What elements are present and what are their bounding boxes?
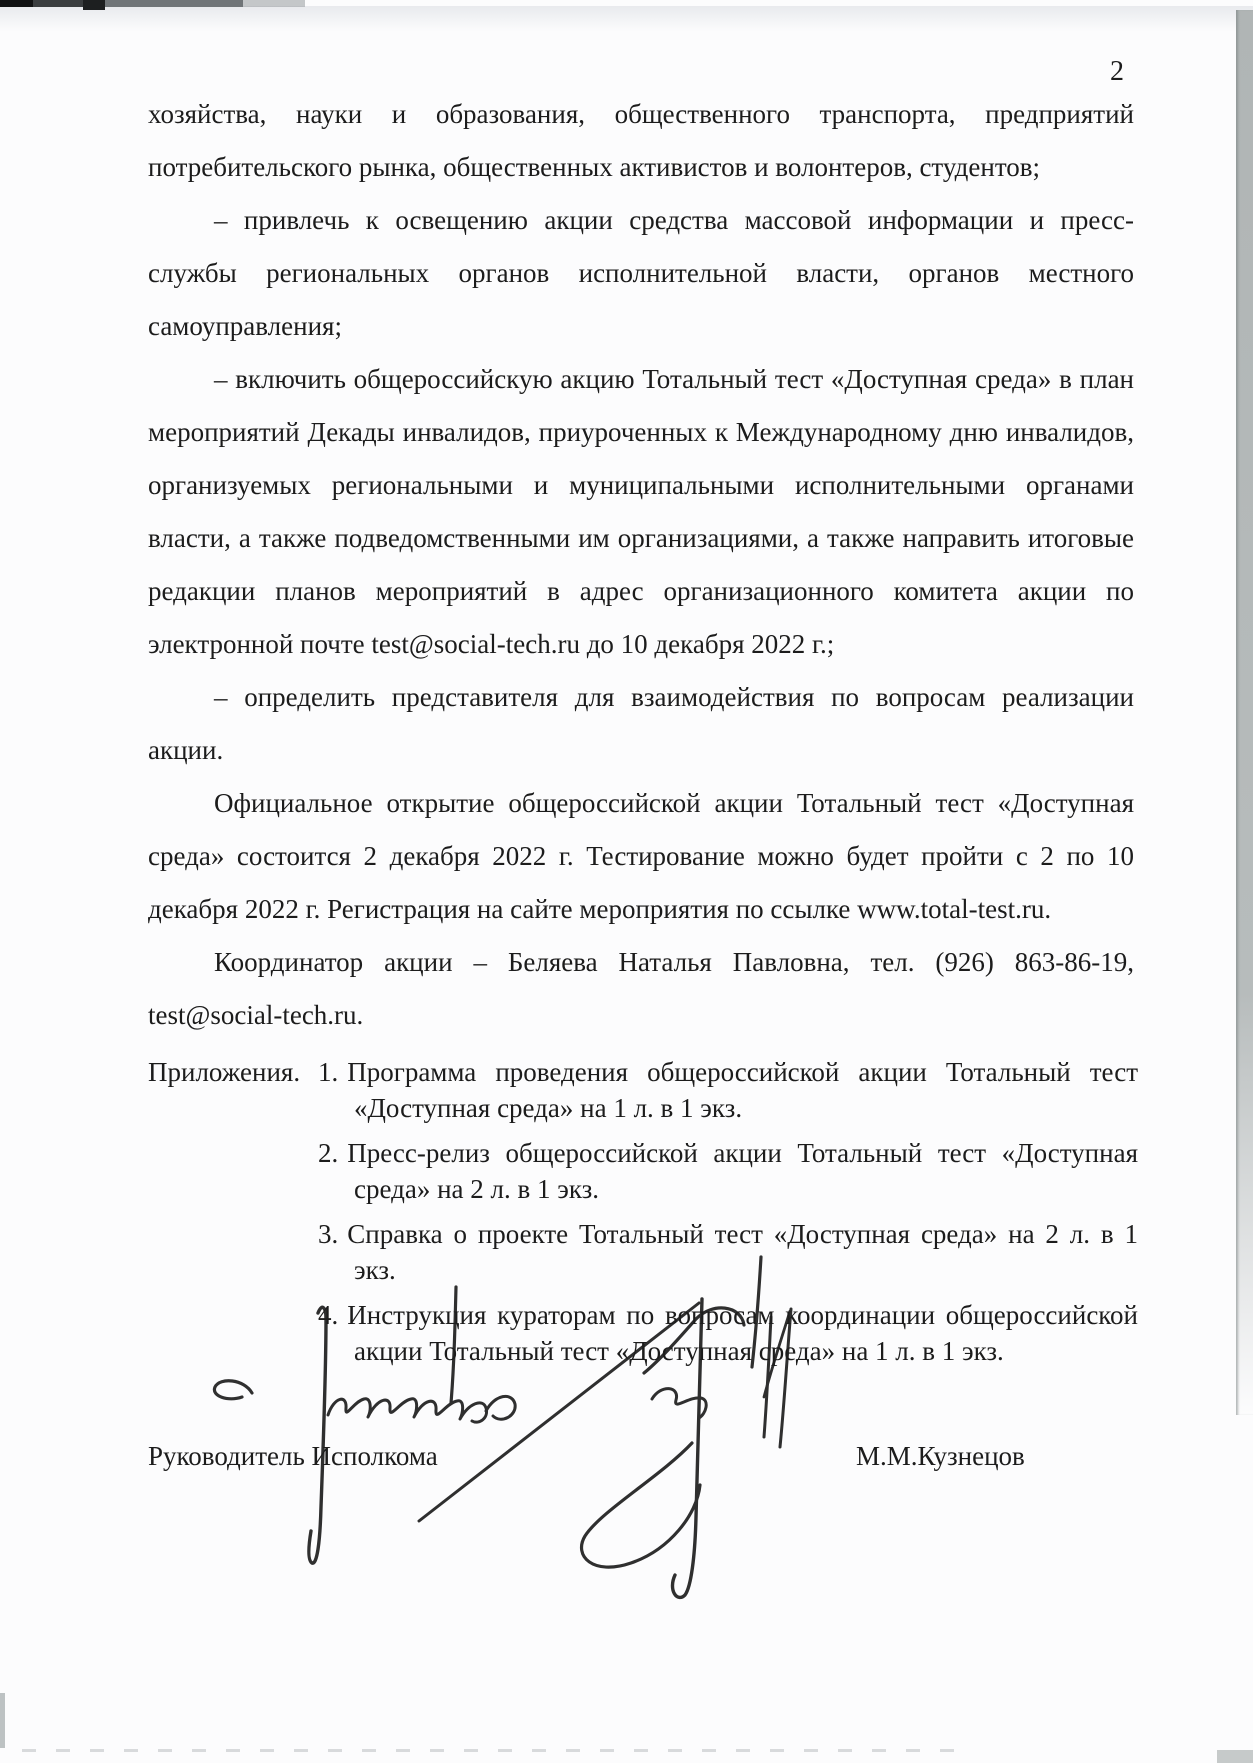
scan-artifact-top-left-tab bbox=[83, 0, 105, 10]
scan-artifact-top-wash bbox=[0, 6, 1253, 32]
paragraph: Официальное открытие общероссийской акци… bbox=[148, 777, 1134, 936]
document-body: хозяйства, науки и образования, обществе… bbox=[148, 88, 1134, 1042]
signature-left-scribble bbox=[214, 1287, 699, 1563]
attachment-item: 1.Программа проведения общероссийской ак… bbox=[318, 1054, 1138, 1126]
scan-artifact-left-edge-line bbox=[0, 1693, 5, 1748]
scan-artifact-top-left-bar bbox=[0, 0, 320, 7]
signer-name: М.М.Кузнецов bbox=[856, 1441, 1025, 1472]
scanned-document-page: 2 хозяйства, науки и образования, общест… bbox=[0, 0, 1253, 1763]
scan-artifact-right-edge-band bbox=[1236, 10, 1253, 1415]
paragraph: – привлечь к освещению акции средства ма… bbox=[148, 194, 1134, 353]
attachment-text: Программа проведения общероссийской акци… bbox=[347, 1057, 1138, 1123]
signer-title: Руководитель Исполкома bbox=[148, 1441, 438, 1472]
attachment-number: 1. bbox=[318, 1057, 338, 1087]
attachment-item: 2.Пресс-релиз общероссийской акции Тотал… bbox=[318, 1135, 1138, 1207]
paragraph: – определить представителя для взаимодей… bbox=[148, 671, 1134, 777]
attachments-label: Приложения. bbox=[148, 1054, 318, 1090]
document-content: хозяйства, науки и образования, обществе… bbox=[148, 88, 1134, 1378]
signature-right-scribble bbox=[582, 1257, 791, 1597]
scan-artifact-bottom-dotted-line bbox=[22, 1749, 962, 1752]
scan-artifact-bottom-right-patch bbox=[1217, 1750, 1253, 1763]
page-number: 2 bbox=[1110, 56, 1124, 88]
attachment-text: Пресс-релиз общероссийской акции Тотальн… bbox=[347, 1138, 1138, 1204]
attachment-number: 2. bbox=[318, 1138, 338, 1168]
paragraph: Координатор акции – Беляева Наталья Павл… bbox=[148, 936, 1134, 1042]
paragraph: – включить общероссийскую акцию Тотальны… bbox=[148, 353, 1134, 671]
signature-scribbles bbox=[140, 1245, 820, 1615]
signature-block: Руководитель Исполкома М.М.Кузнецов bbox=[0, 1245, 1253, 1665]
paragraph: хозяйства, науки и образования, обществе… bbox=[148, 88, 1134, 194]
